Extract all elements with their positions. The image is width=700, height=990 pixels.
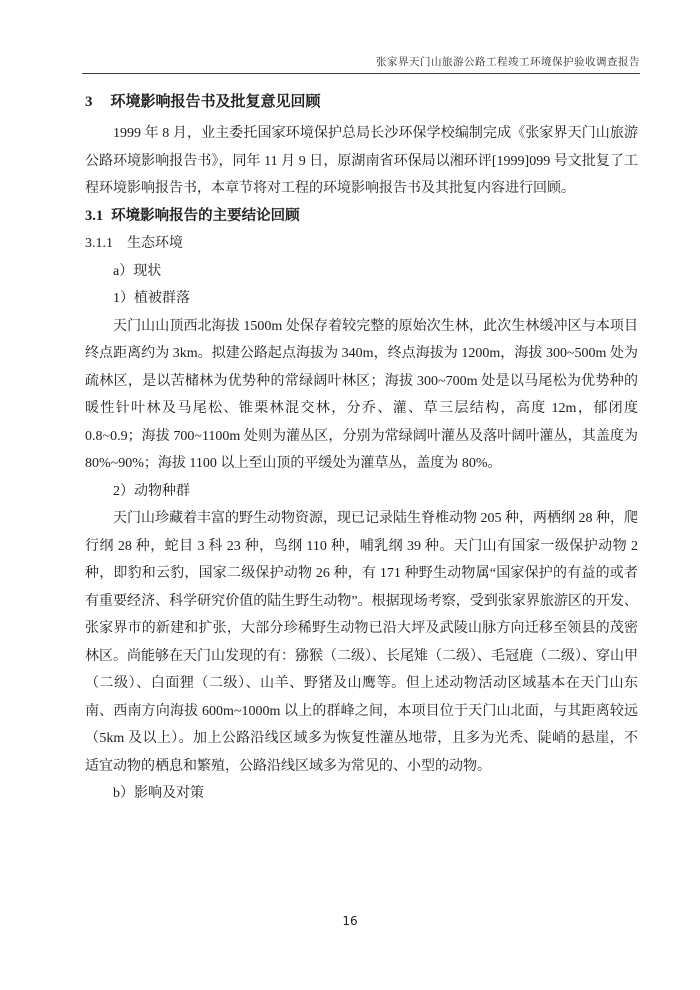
list-item-1-vegetation: 1）植被群落	[85, 285, 638, 313]
page-footer: 16	[0, 914, 700, 928]
document-page: 张家界天门山旅游公路工程竣工环境保护验收调查报告 3环境影响报告书及批复意见回顾…	[0, 0, 700, 990]
paragraph-intro: 1999 年 8 月，业主委托国家环境保护总局长沙环保学校编制完成《张家界天门山…	[85, 120, 638, 203]
document-body: 3环境影响报告书及批复意见回顾 1999 年 8 月，业主委托国家环境保护总局长…	[85, 84, 638, 808]
running-header-title: 张家界天门山旅游公路工程竣工环境保护验收调查报告	[82, 54, 640, 73]
page-header: 张家界天门山旅游公路工程竣工环境保护验收调查报告	[82, 54, 640, 74]
list-item-2-animals: 2）动物种群	[85, 478, 638, 506]
subsection-title: 环境影响报告的主要结论回顾	[111, 208, 300, 224]
paragraph-vegetation: 天门山山顶西北海拔 1500m 处保存着较完整的原始次生林，此次生林缓冲区与本项…	[85, 313, 638, 478]
subsubsection-title: 生态环境	[127, 236, 183, 251]
subsection-number: 3.1	[85, 208, 103, 224]
section-number: 3	[85, 94, 93, 110]
section-heading-3: 3环境影响报告书及批复意见回顾	[85, 84, 638, 120]
header-rule	[82, 73, 640, 74]
section-title: 环境影响报告书及批复意见回顾	[111, 94, 321, 110]
page-number: 16	[342, 914, 357, 928]
subsection-heading-3-1-1: 3.1.1生态环境	[85, 230, 638, 258]
paragraph-animals: 天门山珍藏着丰富的野生动物资源，现已记录陆生脊椎动物 205 种，两栖纲 28 …	[85, 505, 638, 780]
subsubsection-number: 3.1.1	[85, 236, 113, 251]
list-item-a-status: a）现状	[85, 258, 638, 286]
list-item-b-impact: b）影响及对策	[85, 780, 638, 808]
subsection-heading-3-1: 3.1环境影响报告的主要结论回顾	[85, 203, 638, 231]
